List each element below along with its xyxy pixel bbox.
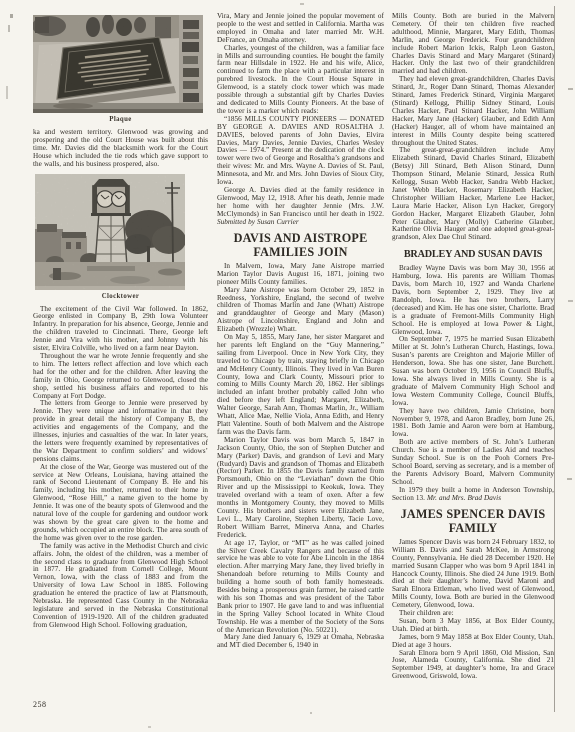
column-right: Mills County. Both are buried in the Mal… [392, 13, 554, 681]
paragraph: Vira, Mary and Jennie joined the popular… [217, 13, 384, 45]
section-heading-davis-aistrope: DAVIS AND AISTROPE FAMILIES JOIN [217, 232, 384, 258]
page-gutter-line [554, 6, 555, 712]
paragraph: Sarah Elnora born 9 April 1860, Old Miss… [392, 650, 554, 682]
paragraph: The letters from George to Jennie were p… [33, 400, 208, 463]
scan-speck [310, 712, 312, 714]
paragraph: Mary Jane Aistrope was born October 29, … [217, 287, 384, 334]
paragraph-text: George A. Davies died at the family resi… [217, 186, 384, 218]
scan-speck [568, 300, 573, 302]
paragraph: On September 7, 1975 he married Susan El… [392, 336, 554, 407]
paragraph: Mills County. Both are buried in the Mal… [392, 13, 554, 76]
paragraph: Susan, born 3 May 1856, at Box Elder Cou… [392, 618, 554, 634]
paragraph: The family was active in the Methodist C… [33, 543, 208, 630]
column-left: Plaque ka and western territory. Glenwoo… [33, 13, 208, 630]
scan-speck [567, 478, 572, 480]
paragraph: They have two children, Jamie Christine,… [392, 408, 554, 440]
scan-speck [148, 726, 151, 728]
paragraph: “1856 MILLS COUNTY PIONEERS — DONATED BY… [217, 116, 384, 187]
submission-credit: Mr. and Mrs. Brad Davis [427, 494, 501, 502]
page-number: 258 [33, 700, 47, 709]
plaque-photo [33, 15, 203, 113]
paragraph: Charles, youngest of the children, was a… [217, 45, 384, 116]
paragraph: Bradley Wayne Davis was born May 30, 195… [392, 265, 554, 336]
paragraph: James Spencer Davis was born 24 February… [392, 539, 554, 610]
scan-speck [6, 86, 8, 99]
paragraph: They had eleven great-grandchildren, Cha… [392, 76, 554, 147]
paragraph: The excitement of the Civil War followed… [33, 306, 208, 353]
paragraph: The great-great-grandchildren include Am… [392, 147, 554, 242]
submission-credit: Submitted by Susan Currier [217, 218, 299, 226]
figure-clocktower: Clocktower [33, 174, 208, 301]
paragraph: In Malvern, Iowa, Mary Jane Aistrope mar… [217, 263, 384, 287]
scan-speck [300, 3, 304, 5]
figure-plaque: Plaque [33, 15, 208, 124]
section-heading-james-spencer-davis: JAMES SPENCER DAVIS FAMILY [392, 508, 554, 534]
paragraph: Marion Taylor Davis was born March 5, 18… [217, 437, 384, 540]
column-middle: Vira, Mary and Jennie joined the popular… [217, 13, 384, 650]
paragraph: James, born 9 May 1858 at Box Elder Coun… [392, 634, 554, 650]
paragraph: In 1979 they built a home in Anderson To… [392, 487, 554, 503]
scanned-book-page: Plaque ka and western territory. Glenwoo… [0, 0, 575, 732]
paragraph: Both are active members of St. John’s Lu… [392, 439, 554, 486]
scan-speck [10, 14, 13, 18]
paragraph: George A. Davies died at the family resi… [217, 187, 384, 227]
paragraph: On May 5, 1855, Mary Jane, her sister Ma… [217, 334, 384, 437]
paragraph: Mary Jane died January 6, 1929 at Omaha,… [217, 634, 384, 650]
paragraph: ka and western territory. Glenwood was g… [33, 129, 208, 169]
figure-caption: Clocktower [33, 293, 208, 301]
scan-speck [568, 88, 573, 90]
paragraph: Throughout the war he wrote Jennie frequ… [33, 353, 208, 400]
clocktower-photo [35, 174, 185, 290]
section-heading-bradley-susan-davis: BRADLEY AND SUSAN DAVIS [392, 249, 554, 261]
paragraph: At the close of the War, George was must… [33, 464, 208, 543]
paragraph: At age 17, Taylor, or “MT” as he was cal… [217, 540, 384, 635]
figure-caption: Plaque [33, 116, 208, 124]
scan-speck [8, 25, 10, 32]
